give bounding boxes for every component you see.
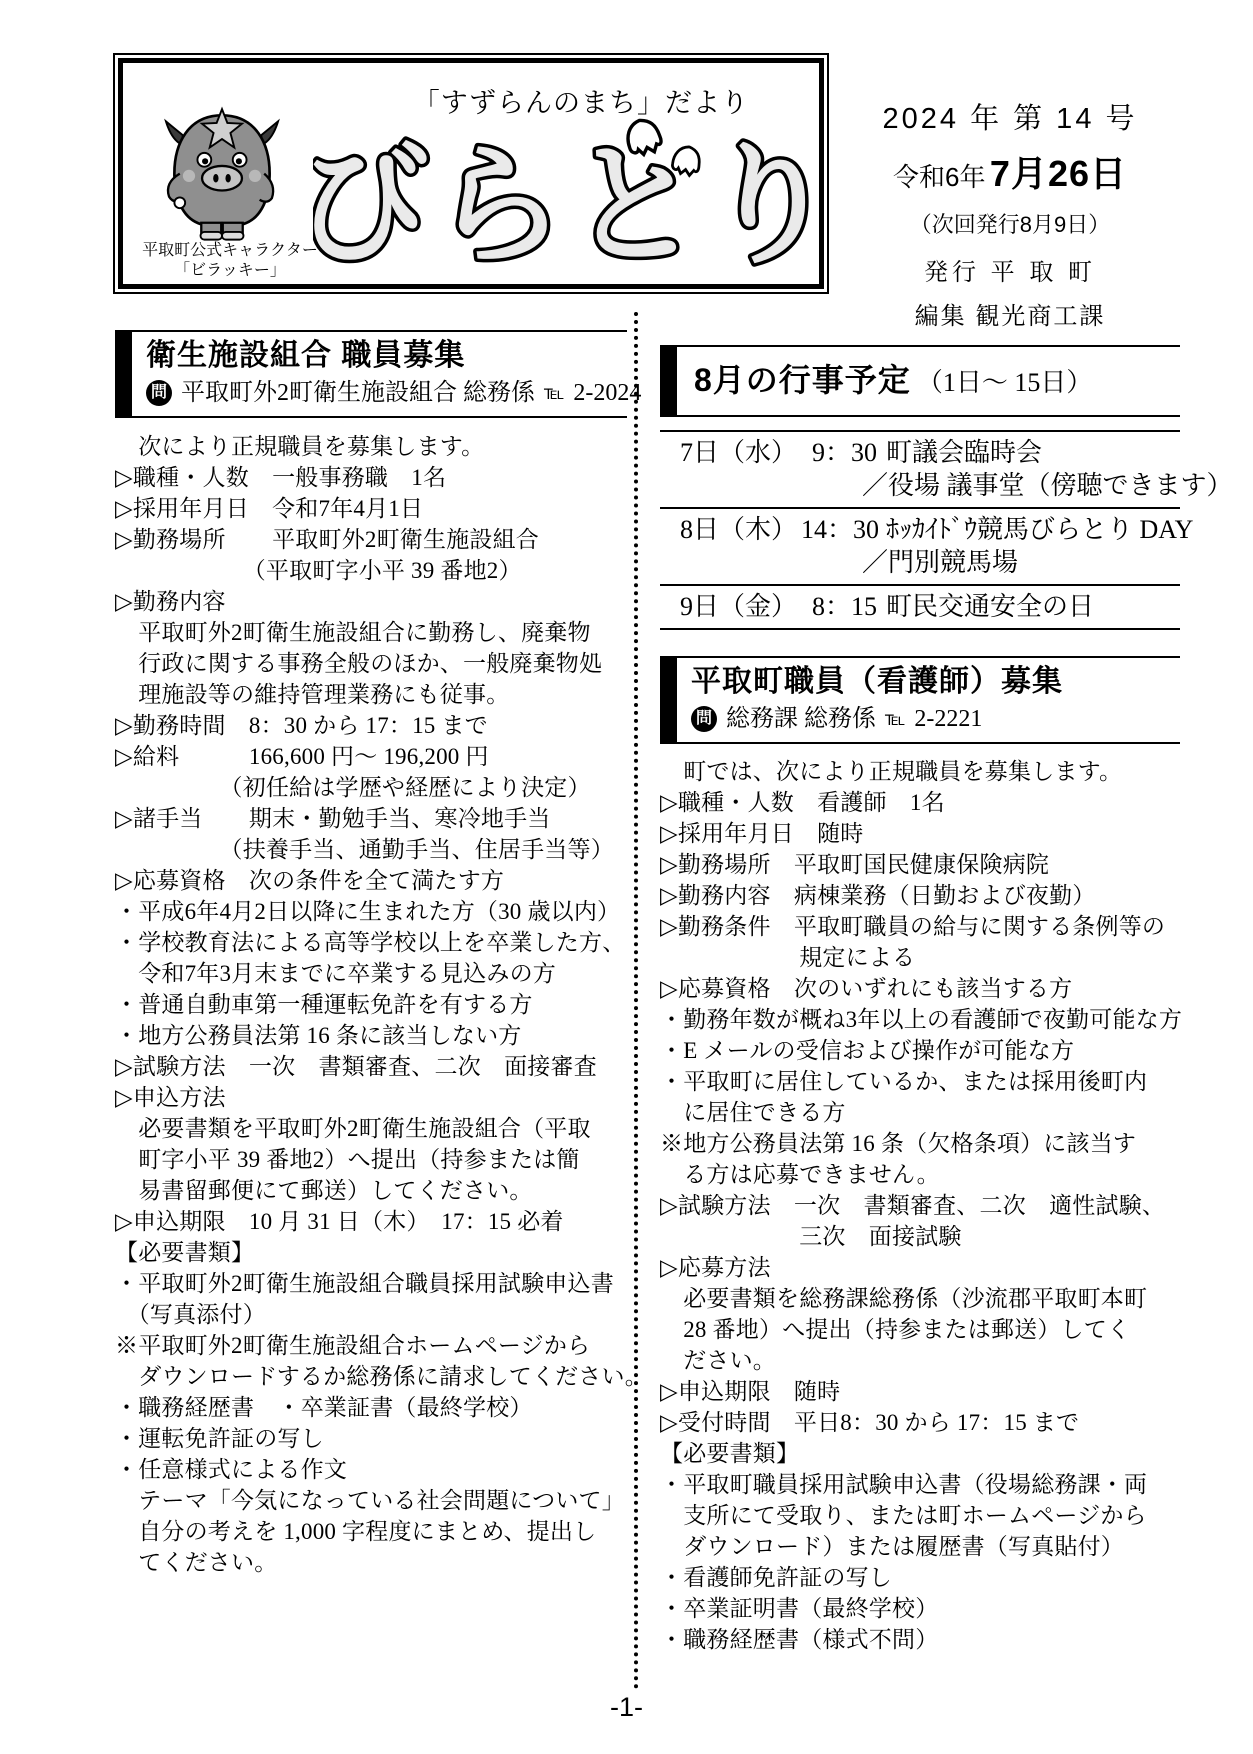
newsletter-page: 平取町公式キャラクター 「ビラッキー」 「すずらんのまち」だより びらとり 20… [0, 0, 1253, 1754]
newsletter-title-art: びらとり [313, 101, 825, 283]
section-accent-bar [115, 332, 132, 416]
issue-info: 2024 年 第 14 号 令和6年 7月26日 （次回発行8月9日） 発行 平… [845, 96, 1175, 331]
section-title: 平取町職員（看護師）募集 [691, 663, 1180, 701]
body-text-line: てください。 [115, 1547, 627, 1578]
schedule-row: 7日（水） 9：30 町議会臨時会 ／役場 議事堂（傍聴できます） [660, 430, 1180, 509]
body-text-line: ・平取町に居住しているか、または採用後町内 [660, 1066, 1180, 1097]
body-text-line: （初任給は学歴や経歴により決定） [115, 772, 627, 803]
mascot-hoof-left [201, 232, 222, 240]
event-description: 町議会臨時会 [886, 436, 1180, 469]
mascot-fist [174, 197, 185, 208]
editor-line: 編集 観光商工課 [845, 296, 1175, 331]
page-number: -1- [0, 1692, 1253, 1723]
event-description: ﾎｯｶｲﾄﾞｳ競馬びらとり DAY [886, 513, 1193, 546]
body-text-line: る方は応募できません。 [660, 1159, 1180, 1190]
body-text-line: ※地方公務員法第 16 条（欠格条項）に該当す [660, 1128, 1180, 1159]
body-text-line: 平取町外2町衛生施設組合に勤務し、廃棄物 [115, 617, 627, 648]
issue-number: 2024 年 第 14 号 [845, 96, 1175, 137]
left-column: 衛生施設組合 職員募集 問 平取町外2町衛生施設組合 総務係 ℡ 2-2024 … [115, 330, 627, 1578]
body-text-line: ▷試験方法 一次 書類審査、二次 適性試験、 [660, 1190, 1180, 1221]
mascot-blush-right [249, 170, 261, 182]
section-contact-line: 問 平取町外2町衛生施設組合 総務係 ℡ 2-2024 [146, 377, 627, 409]
schedule-subtitle: （1日～ 15日） [917, 368, 1093, 397]
schedule-row: 8日（木） 14：30 ﾎｯｶｲﾄﾞｳ競馬びらとり DAY ／門別競馬場 [660, 509, 1180, 586]
body-text-line: 令和7年3月末までに卒業する見込みの方 [115, 958, 627, 989]
body-text-line: ▷職種・人数 一般事務職 1名 [115, 462, 627, 493]
body-text-line: 易書留郵便にて郵送）してください。 [115, 1175, 627, 1206]
body-text-line: ▷諸手当 期末・勤勉手当、寒冷地手当 [115, 803, 627, 834]
tel-number: 2-2024 [573, 377, 641, 409]
body-text-line: ・地方公務員法第 16 条に該当しない方 [115, 1020, 627, 1051]
mascot-nostril-left [213, 174, 218, 182]
body-text-line: ダウンロード）または履歴書（写真貼付） [660, 1531, 1180, 1562]
event-time: 9：30 [801, 436, 877, 469]
event-date: 7日（水） [680, 436, 792, 469]
section-accent-bar [660, 658, 677, 742]
mascot-character [143, 103, 301, 245]
body-text-line: ▷採用年月日 令和7年4月1日 [115, 493, 627, 524]
section-header-august-schedule: 8月の行事予定（1日～ 15日） [660, 345, 1180, 417]
body-text-line: ▷勤務時間 8：30 から 17：15 まで [115, 710, 627, 741]
masthead-box: 平取町公式キャラクター 「ビラッキー」 「すずらんのまち」だより びらとり [113, 53, 829, 294]
next-issue-note: （次回発行8月9日） [845, 208, 1175, 239]
body-text-line: 三次 面接試験 [660, 1221, 1180, 1252]
section-contact-line: 問 総務課 総務係 ℡ 2-2221 [691, 703, 1180, 735]
body-text-line: 【必要書類】 [115, 1237, 627, 1268]
inquiry-badge-icon: 問 [691, 706, 717, 732]
section-title: 衛生施設組合 職員募集 [146, 337, 627, 375]
body-text-line: ・職務経歴書 ・卒業証書（最終学校） [115, 1392, 627, 1423]
newsletter-title: びらとり [313, 132, 825, 279]
body-text-line: （平取町字小平 39 番地2） [115, 555, 627, 586]
body-text-line: ・平取町外2町衛生施設組合職員採用試験申込書 [115, 1268, 627, 1299]
body-text-line: ・卒業証明書（最終学校） [660, 1593, 1180, 1624]
event-time: 8：15 [801, 590, 877, 623]
body-text-line: ※平取町外2町衛生施設組合ホームページから [115, 1330, 627, 1361]
tel-number: 2-2221 [914, 703, 982, 735]
contact-name: 平取町外2町衛生施設組合 総務係 [181, 377, 535, 409]
body-text-line: 行政に関する事務全般のほか、一般廃棄物処 [115, 648, 627, 679]
body-text-line: ・任意様式による作文 [115, 1454, 627, 1485]
mascot-blush-left [183, 170, 195, 182]
mascot-nostril-right [225, 174, 230, 182]
body-text-line: ・平取町職員採用試験申込書（役場総務課・両 [660, 1469, 1180, 1500]
schedule-title: 8月の行事予定 [694, 362, 911, 398]
body-text-line: 町では、次により正規職員を募集します。 [660, 756, 1180, 787]
body-text-line: ・職務経歴書（様式不問） [660, 1624, 1180, 1655]
inquiry-badge-icon: 問 [146, 380, 172, 406]
event-date: 9日（金） [680, 590, 792, 623]
section-header-sanitation-recruit: 衛生施設組合 職員募集 問 平取町外2町衛生施設組合 総務係 ℡ 2-2024 [115, 330, 627, 418]
contact-name: 総務課 総務係 [726, 703, 876, 735]
body-text-line: 理施設等の維持管理業務にも従事。 [115, 679, 627, 710]
mascot-caption: 平取町公式キャラクター 「ビラッキー」 [125, 241, 335, 281]
body-text-line: ▷勤務条件 平取町職員の給与に関する条例等の [660, 911, 1180, 942]
body-text-line: ・E メールの受信および操作が可能な方 [660, 1035, 1180, 1066]
event-time: 14：30 [801, 513, 877, 546]
body-text-line: ▷応募資格 次のいずれにも該当する方 [660, 973, 1180, 1004]
body-text-line: 町字小平 39 番地2）へ提出（持参または簡 [115, 1144, 627, 1175]
event-date: 8日（木） [680, 513, 792, 546]
event-description: 町民交通安全の日 [886, 590, 1180, 623]
mascot-pupil-right [236, 158, 242, 164]
body-text-line: ・普通自動車第一種運転免許を有する方 [115, 989, 627, 1020]
body-text-line: ▷申込方法 [115, 1082, 627, 1113]
body-text-line: ▷応募方法 [660, 1252, 1180, 1283]
section-header-nurse-recruit: 平取町職員（看護師）募集 問 総務課 総務係 ℡ 2-2221 [660, 656, 1180, 744]
schedule-table: 7日（水） 9：30 町議会臨時会 ／役場 議事堂（傍聴できます） 8日（木） … [660, 430, 1180, 630]
body-text-line: 必要書類を総務課総務係（沙流郡平取町本町 [660, 1283, 1180, 1314]
issue-date: 7月26日 [990, 153, 1127, 194]
body-text-line: ださい。 [660, 1345, 1180, 1376]
mascot-caption-line1: 平取町公式キャラクター [125, 241, 335, 261]
tel-icon: ℡ [544, 377, 564, 409]
body-text-line: 支所にて受取り、または町ホームページから [660, 1500, 1180, 1531]
body-text-line: ・平成6年4月2日以降に生まれた方（30 歳以内） [115, 896, 627, 927]
body-text-line: ▷申込期限 随時 [660, 1376, 1180, 1407]
event-location: ／門別競馬場 [862, 546, 1193, 579]
publisher-line: 発行 平 取 町 [845, 252, 1175, 287]
section-body: 次により正規職員を募集します。▷職種・人数 一般事務職 1名▷採用年月日 令和7… [115, 431, 627, 1578]
body-text-line: ▷勤務内容 [115, 586, 627, 617]
body-text-line: 必要書類を平取町外2町衛生施設組合（平取 [115, 1113, 627, 1144]
body-text-line: （扶養手当、通勤手当、住居手当等） [115, 834, 627, 865]
mascot-snout [202, 166, 242, 191]
body-text-line: 【必要書類】 [660, 1438, 1180, 1469]
body-text-line: ▷勤務場所 平取町国民健康保険病院 [660, 849, 1180, 880]
body-text-line: に居住できる方 [660, 1097, 1180, 1128]
body-text-line: ▷職種・人数 看護師 1名 [660, 787, 1180, 818]
body-text-line: 28 番地）へ提出（持参または郵送）してく [660, 1314, 1180, 1345]
body-text-line: ▷試験方法 一次 書類審査、二次 面接審査 [115, 1051, 627, 1082]
era-date: 令和6年 [893, 162, 985, 192]
body-text-line: 自分の考えを 1,000 字程度にまとめ、提出し [115, 1516, 627, 1547]
body-text-line: ・看護師免許証の写し [660, 1562, 1180, 1593]
body-text-line: ▷応募資格 次の条件を全て満たす方 [115, 865, 627, 896]
body-text-line: ▷申込期限 10 月 31 日（木） 17：15 必着 [115, 1206, 627, 1237]
schedule-row: 9日（金） 8：15 町民交通安全の日 [660, 586, 1180, 630]
body-text-line: ダウンロードするか総務係に請求してください。 [115, 1361, 627, 1392]
body-text-line: ・運転免許証の写し [115, 1423, 627, 1454]
column-divider [634, 312, 638, 1690]
body-text-line: ▷勤務場所 平取町外2町衛生施設組合 [115, 524, 627, 555]
mascot-caption-line2: 「ビラッキー」 [125, 261, 335, 281]
mascot-pupil-left [202, 158, 208, 164]
body-text-line: ・学校教育法による高等学校以上を卒業した方、 [115, 927, 627, 958]
body-text-line: ▷勤務内容 病棟業務（日勤および夜勤） [660, 880, 1180, 911]
mascot-hoof-right [222, 232, 243, 240]
issue-date-line: 令和6年 7月26日 [845, 146, 1175, 197]
section-accent-bar [660, 347, 677, 415]
event-location: ／役場 議事堂（傍聴できます） [862, 469, 1180, 502]
tel-icon: ℡ [885, 703, 905, 735]
body-text-line: ▷給料 166,600 円～ 196,200 円 [115, 741, 627, 772]
body-text-line: ▷受付時間 平日8：30 から 17：15 まで [660, 1407, 1180, 1438]
section-body: 町では、次により正規職員を募集します。▷職種・人数 看護師 1名▷採用年月日 随… [660, 756, 1180, 1655]
body-text-line: 次により正規職員を募集します。 [115, 431, 627, 462]
body-text-line: ▷採用年月日 随時 [660, 818, 1180, 849]
body-text-line: （写真添付） [115, 1299, 627, 1330]
body-text-line: 規定による [660, 942, 1180, 973]
body-text-line: ・勤務年数が概ね3年以上の看護師で夜勤可能な方 [660, 1004, 1180, 1035]
body-text-line: テーマ「今気になっている社会問題について」 [115, 1485, 627, 1516]
right-column: 8月の行事予定（1日～ 15日） 7日（水） 9：30 町議会臨時会 ／役場 議… [660, 345, 1180, 1655]
